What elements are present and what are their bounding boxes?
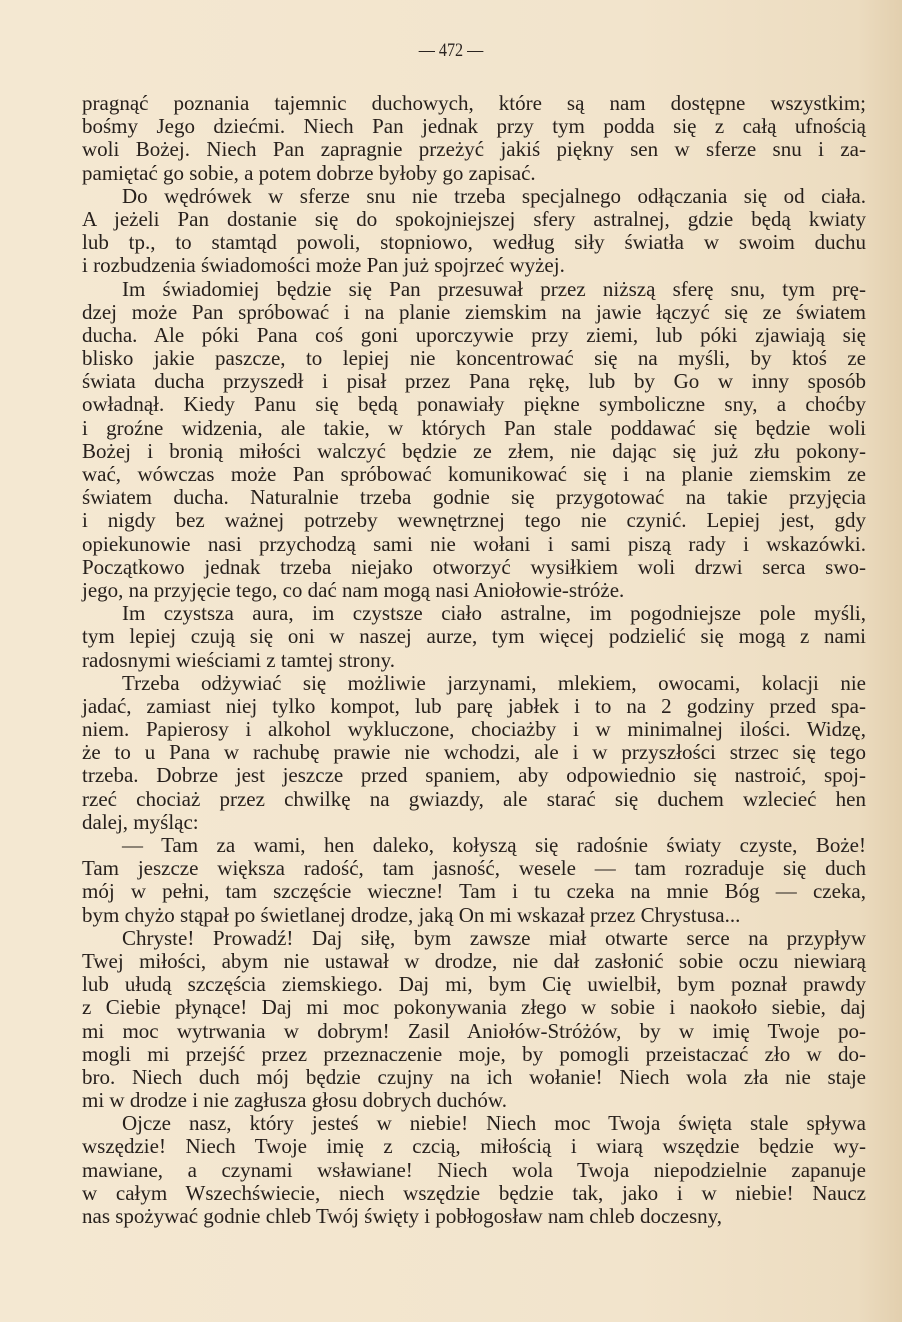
text-line: światem ducha. Naturalnie trzeba godnie … — [82, 486, 866, 509]
paragraph: Chryste! Prowadź! Daj siłę, bym zawsze m… — [82, 927, 866, 1113]
text-line: pragnąć poznania tajemnic duchowych, któ… — [82, 92, 866, 115]
text-line: bym chyżo stąpał po świetlanej drodze, j… — [82, 904, 866, 927]
text-line: dalej, myśląc: — [82, 811, 866, 834]
book-page: — 472 — pragnąć poznania tajemnic duchow… — [0, 0, 902, 1322]
text-line: że to u Pana w rachubę prawie nie wchodz… — [82, 741, 866, 764]
text-line: Im czystsza aura, im czystsze ciało astr… — [82, 602, 866, 625]
text-line: jego, na przyjęcie tego, co dać nam mogą… — [82, 579, 866, 602]
paragraph: pragnąć poznania tajemnic duchowych, któ… — [82, 92, 866, 185]
text-line: Początkowo jednak trzeba niejako otworzy… — [82, 556, 866, 579]
text-line: wać, wówczas może Pan spróbować komuniko… — [82, 463, 866, 486]
text-line: mogli mi przejść przez przeznaczenie moj… — [82, 1043, 866, 1066]
page-number: — 472 — — [68, 40, 835, 62]
text-line: lub tp., to stamtąd powoli, stopniowo, w… — [82, 231, 866, 254]
text-line: bro. Niech duch mój będzie czujny na ich… — [82, 1066, 866, 1089]
text-line: jadać, zamiast niej tylko kompot, lub pa… — [82, 695, 866, 718]
text-line: owładnął. Kiedy Panu się będą ponawiały … — [82, 393, 866, 416]
text-line: Chryste! Prowadź! Daj siłę, bym zawsze m… — [82, 927, 866, 950]
text-line: Bożej i bronią miłości walczyć będzie ze… — [82, 440, 866, 463]
text-line: świata ducha przyszedł i pisał przez Pan… — [82, 370, 866, 393]
text-line: Tam jeszcze większa radość, tam jasność,… — [82, 857, 866, 880]
text-line: Im świadomiej będzie się Pan przesuwał p… — [82, 278, 866, 301]
paragraph: Im czystsza aura, im czystsze ciało astr… — [82, 602, 866, 672]
text-line: bośmy Jego dziećmi. Niech Pan jednak prz… — [82, 115, 866, 138]
text-line: trzeba. Dobrze jest jeszcze przed spanie… — [82, 764, 866, 787]
text-line: radosnymi wieściami z tamtej strony. — [82, 649, 866, 672]
paragraph: Ojcze nasz, który jesteś w niebie! Niech… — [82, 1112, 866, 1228]
text-line: wszędzie! Niech Twoje imię z czcią, miło… — [82, 1135, 866, 1158]
text-line: Ojcze nasz, który jesteś w niebie! Niech… — [82, 1112, 866, 1135]
text-line: i rozbudzenia świadomości może Pan już s… — [82, 254, 866, 277]
text-line: w całym Wszechświecie, niech wszędzie bę… — [82, 1182, 866, 1205]
paragraph: Trzeba odżywiać się możliwie jarzynami, … — [82, 672, 866, 834]
text-line: tym lepiej czują się oni w naszej aurze,… — [82, 625, 866, 648]
text-line: mi w drodze i nie zagłusza głosu dobrych… — [82, 1089, 866, 1112]
text-line: — Tam za wami, hen daleko, kołyszą się r… — [82, 834, 866, 857]
text-line: A jeżeli Pan dostanie się do spokojniejs… — [82, 208, 866, 231]
text-line: Trzeba odżywiać się możliwie jarzynami, … — [82, 672, 866, 695]
text-line: ducha. Ale póki Pana coś goni uporczywie… — [82, 324, 866, 347]
text-line: Twej miłości, abym nie ustawał w drodze,… — [82, 950, 866, 973]
text-line: lub ułudą szczęścia ziemskiego. Daj mi, … — [82, 973, 866, 996]
text-line: mawiane, a czynami wsławiane! Niech wola… — [82, 1159, 866, 1182]
text-line: pamiętać go sobie, a potem dobrze byłoby… — [82, 162, 866, 185]
text-line: opiekunowie nasi przychodzą sami nie woł… — [82, 533, 866, 556]
text-line: mi moc wytrwania w dobrym! Zasil Aniołów… — [82, 1020, 866, 1043]
text-line: nas spożywać godnie chleb Twój święty i … — [82, 1205, 866, 1228]
text-line: rzeć chociaż przez chwilkę na gwiazdy, a… — [82, 788, 866, 811]
page-body-text: pragnąć poznania tajemnic duchowych, któ… — [82, 92, 866, 1228]
text-line: mój w pełni, tam szczęście wieczne! Tam … — [82, 880, 866, 903]
text-line: i groźne widzenia, ale takie, w których … — [82, 417, 866, 440]
text-line: z Ciebie płynące! Daj mi moc pokonywania… — [82, 996, 866, 1019]
paragraph: — Tam za wami, hen daleko, kołyszą się r… — [82, 834, 866, 927]
text-line: i nigdy bez ważnej potrzeby wewnętrznej … — [82, 509, 866, 532]
text-line: niem. Papierosy i alkohol wykluczone, ch… — [82, 718, 866, 741]
paragraph: Do wędrówek w sferze snu nie trzeba spec… — [82, 185, 866, 278]
text-line: blisko jakie paszcze, to lepiej nie konc… — [82, 347, 866, 370]
text-line: dzej może Pan spróbować i na planie ziem… — [82, 301, 866, 324]
paragraph: Im świadomiej będzie się Pan przesuwał p… — [82, 278, 866, 603]
text-line: Do wędrówek w sferze snu nie trzeba spec… — [82, 185, 866, 208]
text-line: woli Bożej. Niech Pan zapragnie przeżyć … — [82, 138, 866, 161]
